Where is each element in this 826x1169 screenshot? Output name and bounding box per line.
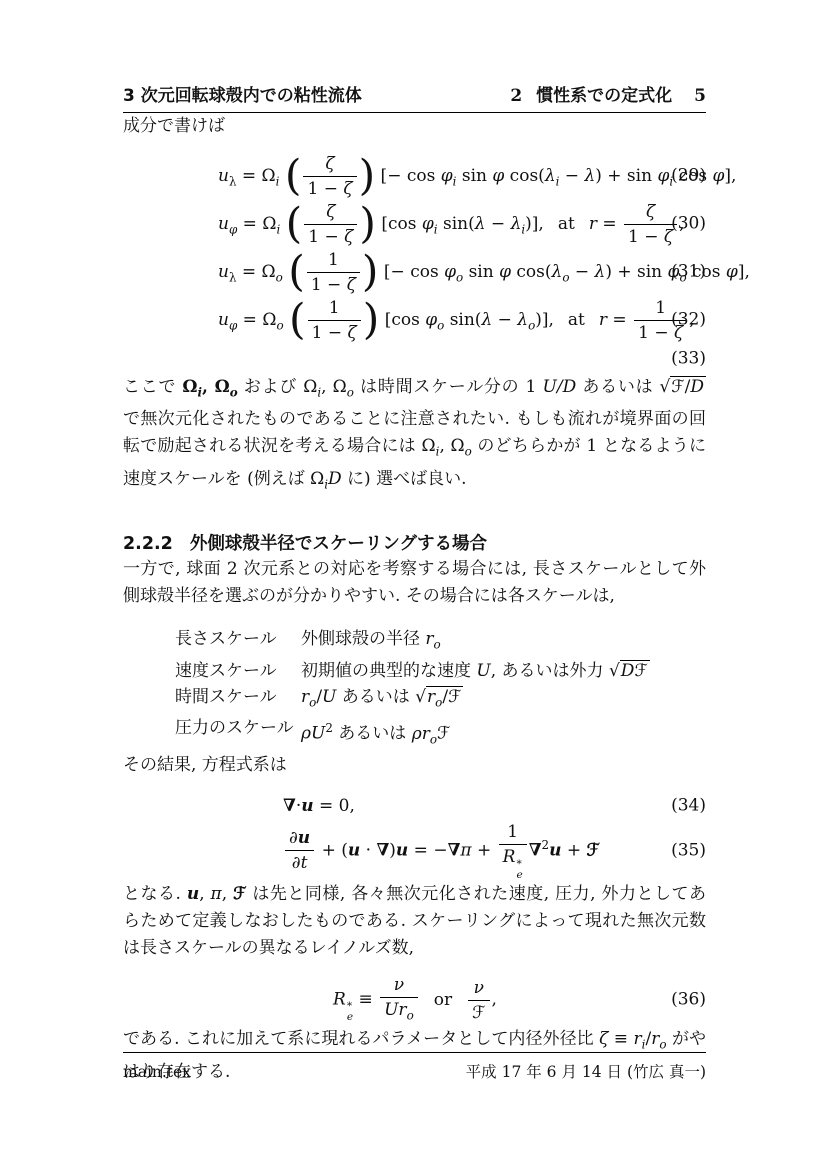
equation-29-number: (29) <box>671 163 706 190</box>
scale-row-velocity: 速度スケール 初期値の典型的な速度 U, あるいは外力 Dℱ <box>123 658 706 684</box>
equation-36-number: (36) <box>671 987 706 1014</box>
equation-35-body: ∂u∂t + (u · ∇)u = −∇π + 1R*e∇2u + ℱ <box>283 821 600 881</box>
paper-page: 3 次元回転球殻内での粘性流体 2 慣性系での定式化 5 成分で書けば uλ =… <box>0 0 826 1169</box>
equation-36-body: R*e ≡ νUroorνℱ, <box>333 974 497 1026</box>
equation-35: ∂u∂t + (u · ∇)u = −∇π + 1R*e∇2u + ℱ (35) <box>123 821 706 881</box>
equation-29-body: uλ = Ωi (ζ1 − ζ) [− cos φi sin φ cos(λi … <box>218 153 736 200</box>
equation-35-number: (35) <box>671 837 706 864</box>
scale-description: ro/U あるいは ro/ℱ <box>301 684 706 715</box>
equation-34-number: (34) <box>671 793 706 820</box>
equation-34: ∇·u = 0, (34) <box>123 791 706 821</box>
page-footer: main.tex 平成 17 年 6 月 14 日 (竹広 真一) <box>123 1052 706 1082</box>
equation-31-number: (31) <box>671 259 706 286</box>
equation-32-number: (32) <box>671 307 706 334</box>
equation-30-body: uφ = Ωi (ζ1 − ζ) [cos φi sin(λ − λi)],at… <box>218 201 685 248</box>
paragraph-redefinition: となる. u, π, ℱ は先と同様, 各々無次元化された速度, 圧力, 外力と… <box>123 881 706 962</box>
scale-row-length: 長さスケール 外側球殻の半径 ro <box>123 626 706 657</box>
page-content: 3 次元回転球殻内での粘性流体 2 慣性系での定式化 5 成分で書けば uλ =… <box>123 86 706 1086</box>
equation-block-governing: ∇·u = 0, (34) ∂u∂t + (u · ∇)u = −∇π + 1R… <box>123 791 706 881</box>
header-section-name: 慣性系での定式化 <box>536 86 672 106</box>
paragraph-resulting-system: その結果, 方程式系は <box>123 752 706 779</box>
scale-description: 外側球殻の半径 ro <box>301 626 706 657</box>
equation-block-reynolds: R*e ≡ νUroorνℱ, (36) <box>123 974 706 1026</box>
footer-date-author: 平成 17 年 6 月 14 日 (竹広 真一) <box>466 1062 706 1082</box>
header-section-number: 2 <box>510 86 522 106</box>
equation-31-body: uλ = Ωo (11 − ζ) [− cos φo sin φ cos(λo … <box>218 249 750 296</box>
scale-definition-list: 長さスケール 外側球殻の半径 ro 速度スケール 初期値の典型的な速度 U, あ… <box>123 626 706 752</box>
header-running-title: 3 次元回転球殻内での粘性流体 <box>123 86 362 106</box>
equation-32: uφ = Ωo (11 − ζ) [cos φo sin(λ − λo)],at… <box>123 296 706 344</box>
subsection-title: 外側球殻半径でスケーリングする場合 <box>190 534 487 554</box>
scale-label: 速度スケール <box>175 658 301 684</box>
equation-29: uλ = Ωi (ζ1 − ζ) [− cos φi sin φ cos(λi … <box>123 152 706 200</box>
scale-label: 圧力のスケール <box>175 715 301 752</box>
scale-row-pressure: 圧力のスケール ρU2 あるいは ρroℱ <box>123 715 706 752</box>
intro-text: 成分で書けば <box>123 113 706 140</box>
equation-36: R*e ≡ νUroorνℱ, (36) <box>123 974 706 1026</box>
scale-description: 初期値の典型的な速度 U, あるいは外力 Dℱ <box>301 658 706 684</box>
subsection-heading: 2.2.2外側球殻半径でスケーリングする場合 <box>123 532 706 556</box>
equation-33-number: (33) <box>671 346 706 373</box>
equation-34-body: ∇·u = 0, <box>283 793 355 820</box>
paragraph-outer-radius-scaling: 一方で, 球面 2 次元系との対応を考察する場合には, 長さスケールとして外側球… <box>123 556 706 610</box>
scale-label: 長さスケール <box>175 626 301 657</box>
equation-31: uλ = Ωo (11 − ζ) [− cos φo sin φ cos(λo … <box>123 248 706 296</box>
scale-label: 時間スケール <box>175 684 301 715</box>
page-number: 5 <box>694 86 706 106</box>
scale-row-time: 時間スケール ro/U あるいは ro/ℱ <box>123 684 706 715</box>
equation-30-number: (30) <box>671 211 706 238</box>
footer-filename: main.tex <box>123 1062 191 1082</box>
page-header: 3 次元回転球殻内での粘性流体 2 慣性系での定式化 5 <box>123 86 706 113</box>
paragraph-nondimensional-omega: ここで Ωi, Ωo および Ωi, Ωo は時間スケール分の 1 U/D ある… <box>123 374 706 498</box>
header-section-title: 2 慣性系での定式化 5 <box>510 86 706 106</box>
equation-block-boundary-conditions: uλ = Ωi (ζ1 − ζ) [− cos φi sin φ cos(λi … <box>123 152 706 374</box>
scale-description: ρU2 あるいは ρroℱ <box>301 715 706 752</box>
equation-32-body: uφ = Ωo (11 − ζ) [cos φo sin(λ − λo)],at… <box>218 297 695 344</box>
equation-33: (33) <box>123 344 706 374</box>
subsection-number: 2.2.2 <box>123 534 173 554</box>
equation-30: uφ = Ωi (ζ1 − ζ) [cos φi sin(λ − λi)],at… <box>123 200 706 248</box>
